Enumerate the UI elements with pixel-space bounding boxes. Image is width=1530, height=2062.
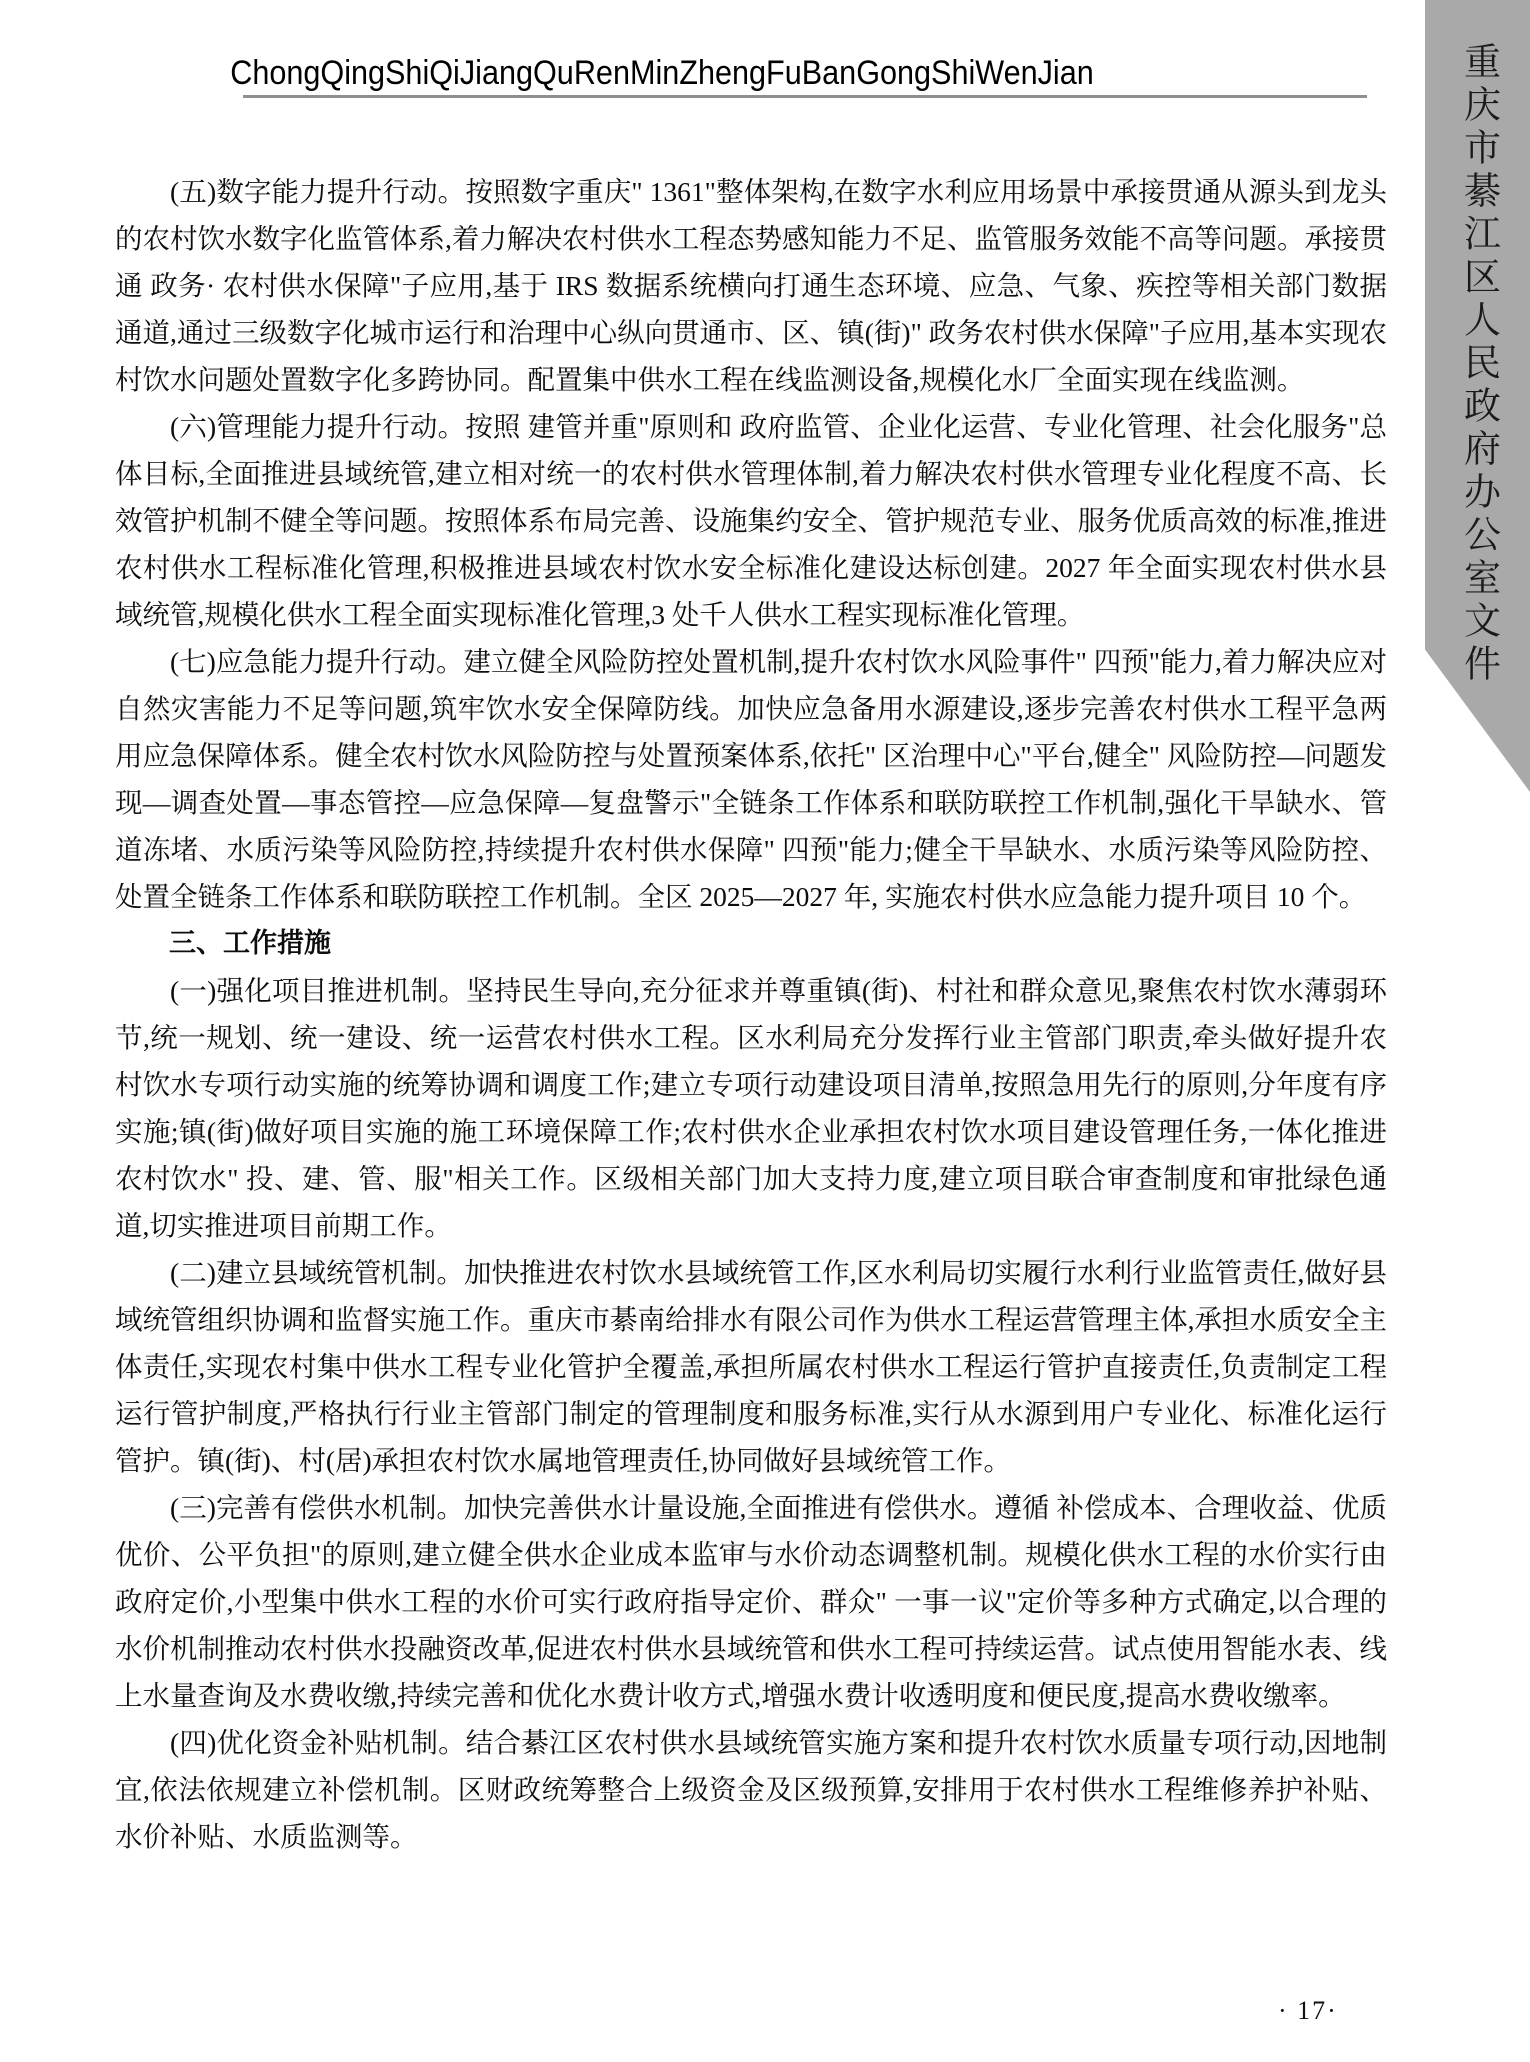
paragraph: (七)应急能力提升行动。建立健全风险防控处置机制,提升农村饮水风险事件" 四预"…	[115, 638, 1387, 920]
header-romanized-title: ChongQingShiQiJiangQuRenMinZhengFuBanGon…	[230, 54, 1094, 93]
paragraph: (六)管理能力提升行动。按照 建管并重"原则和 政府监管、企业化运营、专业化管理…	[115, 403, 1387, 638]
paragraph: (三)完善有偿供水机制。加快完善供水计量设施,全面推进有偿供水。遵循 补偿成本、…	[115, 1484, 1387, 1719]
header-rule	[243, 95, 1367, 98]
paragraph: (五)数字能力提升行动。按照数字重庆" 1361"整体架构,在数字水利应用场景中…	[115, 168, 1387, 403]
document-ribbon: 重庆市綦江区人民政府办公室文件	[1425, 0, 1530, 792]
document-body: (五)数字能力提升行动。按照数字重庆" 1361"整体架构,在数字水利应用场景中…	[115, 168, 1387, 1860]
page-number: · 17·	[1278, 1996, 1338, 2026]
paragraph: (二)建立县域统管机制。加快推进农村饮水县域统管工作,区水利局切实履行水利行业监…	[115, 1249, 1387, 1484]
ribbon-title: 重庆市綦江区人民政府办公室文件	[1451, 42, 1505, 687]
document-page: ChongQingShiQiJiangQuRenMinZhengFuBanGon…	[0, 0, 1530, 2062]
section-heading: 三、工作措施	[115, 920, 1387, 967]
paragraph: (四)优化资金补贴机制。结合綦江区农村供水县域统管实施方案和提升农村饮水质量专项…	[115, 1719, 1387, 1860]
paragraph: (一)强化项目推进机制。坚持民生导向,充分征求并尊重镇(街)、村社和群众意见,聚…	[115, 967, 1387, 1249]
